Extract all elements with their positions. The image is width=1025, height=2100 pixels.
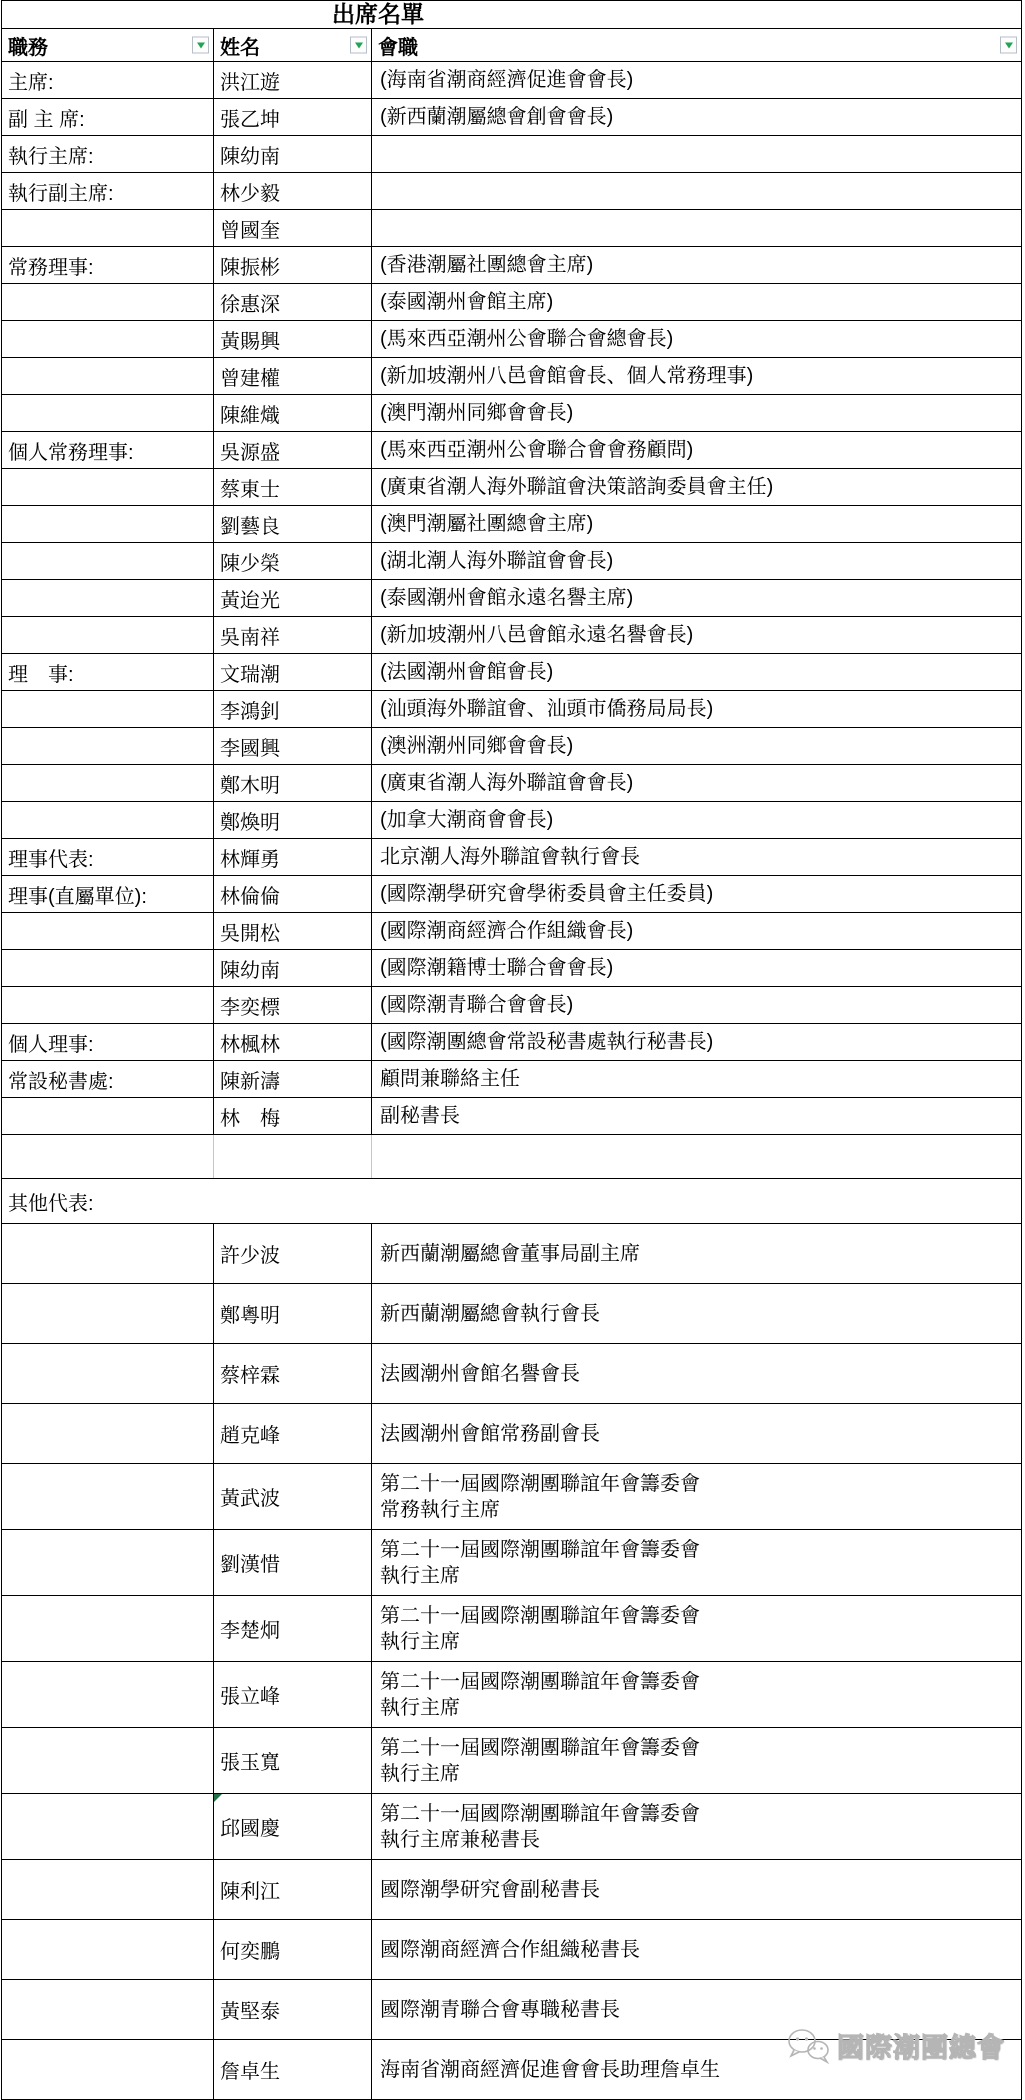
name-cell[interactable]: 鄭煥明	[214, 802, 372, 839]
association-title-cell[interactable]: (新西蘭潮屬總會創會會長)	[372, 99, 1022, 136]
name-cell[interactable]	[214, 1135, 372, 1179]
name-cell[interactable]: 陳幼南	[214, 136, 372, 173]
position-cell[interactable]	[2, 1224, 214, 1284]
position-cell[interactable]	[2, 950, 214, 987]
association-title-cell[interactable]: 第二十一屆國際潮團聯誼年會籌委會 執行主席	[372, 1596, 1022, 1662]
table-row: 陳維熾(澳門潮州同鄉會會長)	[2, 395, 1022, 432]
table-row: 陳少榮(湖北潮人海外聯誼會會長)	[2, 543, 1022, 580]
association-title-cell[interactable]: (國際潮學研究會學術委員會主任委員)	[372, 876, 1022, 913]
table-body: 出席名單 職務 姓名 會職 主席:洪江遊(海南省潮商經濟促進會會長)副 主 席:…	[2, 1, 1022, 2100]
association-title-cell[interactable]: (國際潮團總會常設秘書處執行秘書長)	[372, 1024, 1022, 1061]
table-row: 李鴻釗(汕頭海外聯誼會、汕頭市僑務局局長)	[2, 691, 1022, 728]
position-cell[interactable]	[2, 617, 214, 654]
sheet-title-cell: 出席名單	[2, 1, 1022, 29]
position-cell[interactable]	[2, 1098, 214, 1135]
position-cell[interactable]	[2, 395, 214, 432]
filter-button-role[interactable]	[1000, 37, 1017, 54]
name-cell[interactable]: 吳源盛	[214, 432, 372, 469]
name-cell[interactable]: 鄭粵明	[214, 1284, 372, 1344]
page-title: 出席名單	[332, 1, 424, 27]
table-row: 邱國慶第二十一屆國際潮團聯誼年會籌委會 執行主席兼秘書長	[2, 1794, 1022, 1860]
table-row: 許少波新西蘭潮屬總會董事局副主席	[2, 1224, 1022, 1284]
table-row: 個人理事:林楓林(國際潮團總會常設秘書處執行秘書長)	[2, 1024, 1022, 1061]
table-row: 理 事:文瑞潮(法國潮州會館會長)	[2, 654, 1022, 691]
association-title-cell[interactable]: (香港潮屬社團總會主席)	[372, 247, 1022, 284]
name-cell[interactable]: 詹卓生	[214, 2040, 372, 2100]
association-title-cell[interactable]: (汕頭海外聯誼會、汕頭市僑務局局長)	[372, 691, 1022, 728]
name-cell[interactable]: 洪江遊	[214, 62, 372, 99]
table-row: 理事代表:林輝勇北京潮人海外聯誼會執行會長	[2, 839, 1022, 876]
name-cell[interactable]: 陳少榮	[214, 543, 372, 580]
association-title-cell[interactable]: 法國潮州會館名譽會長	[372, 1344, 1022, 1404]
position-cell[interactable]: 執行副主席:	[2, 173, 214, 210]
name-cell[interactable]: 林 梅	[214, 1098, 372, 1135]
position-cell[interactable]	[2, 2040, 214, 2100]
position-cell[interactable]	[2, 1662, 214, 1728]
position-cell[interactable]	[2, 1284, 214, 1344]
table-row: 執行副主席:林少毅	[2, 173, 1022, 210]
position-cell[interactable]: 常設秘書處:	[2, 1061, 214, 1098]
position-cell[interactable]: 個人常務理事:	[2, 432, 214, 469]
name-cell[interactable]: 陳新濤	[214, 1061, 372, 1098]
table-row: 徐惠深(泰國潮州會館主席)	[2, 284, 1022, 321]
association-title-cell[interactable]: 第二十一屆國際潮團聯誼年會籌委會 執行主席	[372, 1530, 1022, 1596]
position-cell[interactable]: 常務理事:	[2, 247, 214, 284]
association-title-cell[interactable]: (湖北潮人海外聯誼會會長)	[372, 543, 1022, 580]
table-row: 個人常務理事:吳源盛(馬來西亞潮州公會聯合會會務顧問)	[2, 432, 1022, 469]
position-cell[interactable]: 個人理事:	[2, 1024, 214, 1061]
association-title-cell[interactable]: (加拿大潮商會會長)	[372, 802, 1022, 839]
association-title-cell[interactable]: 國際潮學研究會副秘書長	[372, 1860, 1022, 1920]
position-cell[interactable]	[2, 543, 214, 580]
name-cell[interactable]: 張乙坤	[214, 99, 372, 136]
position-cell[interactable]	[2, 1596, 214, 1662]
association-title-cell[interactable]: (泰國潮州會館永遠名譽主席)	[372, 580, 1022, 617]
position-cell[interactable]	[2, 1920, 214, 1980]
column-header-name[interactable]: 姓名	[214, 29, 372, 62]
name-cell[interactable]: 陳維熾	[214, 395, 372, 432]
filter-button-name[interactable]	[350, 37, 367, 54]
position-cell[interactable]	[2, 1530, 214, 1596]
position-cell[interactable]: 理事代表:	[2, 839, 214, 876]
table-row: 黃賜興(馬來西亞潮州公會聯合會總會長)	[2, 321, 1022, 358]
name-cell[interactable]: 林楓林	[214, 1024, 372, 1061]
name-cell[interactable]: 李楚炯	[214, 1596, 372, 1662]
position-cell[interactable]	[2, 284, 214, 321]
column-header-name-label: 姓名	[220, 37, 260, 59]
table-row: 曾建權(新加坡潮州八邑會館會長、個人常務理事)	[2, 358, 1022, 395]
table-row: 張玉寬第二十一屆國際潮團聯誼年會籌委會 執行主席	[2, 1728, 1022, 1794]
table-row: 黃武波第二十一屆國際潮團聯誼年會籌委會 常務執行主席	[2, 1464, 1022, 1530]
table-row: 陳幼南(國際潮籍博士聯合會會長)	[2, 950, 1022, 987]
association-title-cell[interactable]: (澳洲潮州同鄉會會長)	[372, 728, 1022, 765]
name-cell[interactable]: 林少毅	[214, 173, 372, 210]
position-cell[interactable]	[2, 358, 214, 395]
name-cell[interactable]: 陳利江	[214, 1860, 372, 1920]
name-cell[interactable]: 鄭木明	[214, 765, 372, 802]
association-title-cell[interactable]	[372, 210, 1022, 247]
name-cell[interactable]: 陳振彬	[214, 247, 372, 284]
association-title-cell[interactable]: 國際潮青聯合會專職秘書長	[372, 1980, 1022, 2040]
association-title-cell[interactable]: (澳門潮州同鄉會會長)	[372, 395, 1022, 432]
position-cell[interactable]	[2, 987, 214, 1024]
table-row: 黃堅泰國際潮青聯合會專職秘書長	[2, 1980, 1022, 2040]
association-title-cell[interactable]: (新加坡潮州八邑會館永遠名譽會長)	[372, 617, 1022, 654]
association-title-cell[interactable]: (馬來西亞潮州公會聯合會總會長)	[372, 321, 1022, 358]
name-cell[interactable]: 許少波	[214, 1224, 372, 1284]
table-row: 劉漢惜第二十一屆國際潮團聯誼年會籌委會 執行主席	[2, 1530, 1022, 1596]
header-row: 職務 姓名 會職	[2, 29, 1022, 62]
name-cell[interactable]: 吳南祥	[214, 617, 372, 654]
chevron-down-icon	[355, 42, 363, 48]
association-title-cell[interactable]: (澳門潮屬社團總會主席)	[372, 506, 1022, 543]
position-cell[interactable]	[2, 728, 214, 765]
association-title-cell[interactable]: (國際潮商經濟合作組織會長)	[372, 913, 1022, 950]
table-row: 張立峰第二十一屆國際潮團聯誼年會籌委會 執行主席	[2, 1662, 1022, 1728]
name-cell[interactable]: 李國興	[214, 728, 372, 765]
position-cell[interactable]: 理 事:	[2, 654, 214, 691]
table-row: 何奕鵬國際潮商經濟合作組織秘書長	[2, 1920, 1022, 1980]
table-row: 吳開松(國際潮商經濟合作組織會長)	[2, 913, 1022, 950]
association-title-cell[interactable]: 第二十一屆國際潮團聯誼年會籌委會 常務執行主席	[372, 1464, 1022, 1530]
column-header-role[interactable]: 會職	[372, 29, 1022, 62]
position-cell[interactable]	[2, 506, 214, 543]
table-row: 陳利江國際潮學研究會副秘書長	[2, 1860, 1022, 1920]
name-cell[interactable]: 蔡梓霖	[214, 1344, 372, 1404]
association-title-cell[interactable]	[372, 1135, 1022, 1179]
name-cell[interactable]: 李奕標	[214, 987, 372, 1024]
association-title-cell[interactable]	[372, 136, 1022, 173]
name-cell[interactable]: 劉漢惜	[214, 1530, 372, 1596]
association-title-cell[interactable]: (廣東省潮人海外聯誼會會長)	[372, 765, 1022, 802]
position-cell[interactable]	[2, 1404, 214, 1464]
name-cell[interactable]: 張玉寬	[214, 1728, 372, 1794]
column-header-position[interactable]: 職務	[2, 29, 214, 62]
position-cell[interactable]	[2, 1860, 214, 1920]
association-title-cell[interactable]: 副秘書長	[372, 1098, 1022, 1135]
name-cell[interactable]: 黃迨光	[214, 580, 372, 617]
table-row: 劉藝良(澳門潮屬社團總會主席)	[2, 506, 1022, 543]
table-row: 李奕標(國際潮青聯合會會長)	[2, 987, 1022, 1024]
table-row: 常設秘書處:陳新濤顧問兼聯絡主任	[2, 1061, 1022, 1098]
name-cell[interactable]: 張立峰	[214, 1662, 372, 1728]
name-cell[interactable]: 黃武波	[214, 1464, 372, 1530]
filter-button-position[interactable]	[192, 37, 209, 54]
name-cell[interactable]: 吳開松	[214, 913, 372, 950]
position-cell[interactable]	[2, 1794, 214, 1860]
name-cell[interactable]: 邱國慶	[214, 1794, 372, 1860]
table-row: 曾國奎	[2, 210, 1022, 247]
table-row: 吳南祥(新加坡潮州八邑會館永遠名譽會長)	[2, 617, 1022, 654]
table-row: 常務理事:陳振彬(香港潮屬社團總會主席)	[2, 247, 1022, 284]
association-title-cell[interactable]: (法國潮州會館會長)	[372, 654, 1022, 691]
position-cell[interactable]: 執行主席:	[2, 136, 214, 173]
table-row: 蔡東士(廣東省潮人海外聯誼會決策諮詢委員會主任)	[2, 469, 1022, 506]
blank-row	[2, 1135, 1022, 1179]
table-row: 鄭粵明新西蘭潮屬總會執行會長	[2, 1284, 1022, 1344]
position-cell[interactable]	[2, 913, 214, 950]
name-cell[interactable]: 蔡東士	[214, 469, 372, 506]
position-cell[interactable]	[2, 210, 214, 247]
table-row: 李楚炯第二十一屆國際潮團聯誼年會籌委會 執行主席	[2, 1596, 1022, 1662]
position-cell[interactable]	[2, 580, 214, 617]
position-cell[interactable]	[2, 765, 214, 802]
association-title-cell[interactable]: 法國潮州會館常務副會長	[372, 1404, 1022, 1464]
association-title-cell[interactable]: (馬來西亞潮州公會聯合會會務顧問)	[372, 432, 1022, 469]
name-cell[interactable]: 曾國奎	[214, 210, 372, 247]
attendance-table: 出席名單 職務 姓名 會職 主席:洪江遊(海南省潮商經濟促進會會長)副 主 席:…	[1, 0, 1022, 2100]
table-row: 鄭煥明(加拿大潮商會會長)	[2, 802, 1022, 839]
table-row: 理事(直屬單位):林倫倫(國際潮學研究會學術委員會主任委員)	[2, 876, 1022, 913]
column-header-position-label: 職務	[8, 37, 48, 59]
position-cell[interactable]	[2, 321, 214, 358]
section-divider-row: 其他代表:	[2, 1179, 1022, 1224]
chevron-down-icon	[1005, 42, 1013, 48]
association-title-cell[interactable]: 第二十一屆國際潮團聯誼年會籌委會 執行主席兼秘書長	[372, 1794, 1022, 1860]
position-cell[interactable]: 副 主 席:	[2, 99, 214, 136]
position-cell[interactable]	[2, 1728, 214, 1794]
position-cell[interactable]: 理事(直屬單位):	[2, 876, 214, 913]
association-title-cell[interactable]	[372, 173, 1022, 210]
table-row: 詹卓生海南省潮商經濟促進會會長助理詹卓生	[2, 2040, 1022, 2100]
name-cell[interactable]: 文瑞潮	[214, 654, 372, 691]
position-cell[interactable]	[2, 1464, 214, 1530]
table-row: 鄭木明(廣東省潮人海外聯誼會會長)	[2, 765, 1022, 802]
position-cell[interactable]: 主席:	[2, 62, 214, 99]
table-row: 蔡梓霖法國潮州會館名譽會長	[2, 1344, 1022, 1404]
position-cell[interactable]	[2, 802, 214, 839]
position-cell[interactable]	[2, 469, 214, 506]
position-cell[interactable]	[2, 1980, 214, 2040]
name-cell[interactable]: 陳幼南	[214, 950, 372, 987]
association-title-cell[interactable]: (新加坡潮州八邑會館會長、個人常務理事)	[372, 358, 1022, 395]
association-title-cell[interactable]: 國際潮商經濟合作組織秘書長	[372, 1920, 1022, 1980]
name-cell[interactable]: 趙克峰	[214, 1404, 372, 1464]
table-row: 李國興(澳洲潮州同鄉會會長)	[2, 728, 1022, 765]
association-title-cell[interactable]: (國際潮青聯合會會長)	[372, 987, 1022, 1024]
cell-note-marker-icon	[214, 1794, 222, 1802]
table-row: 黃迨光(泰國潮州會館永遠名譽主席)	[2, 580, 1022, 617]
name-cell[interactable]: 徐惠深	[214, 284, 372, 321]
position-cell[interactable]	[2, 691, 214, 728]
name-cell[interactable]: 李鴻釗	[214, 691, 372, 728]
position-cell[interactable]	[2, 1344, 214, 1404]
association-title-cell[interactable]: 第二十一屆國際潮團聯誼年會籌委會 執行主席	[372, 1728, 1022, 1794]
position-cell[interactable]	[2, 1135, 214, 1179]
table-row: 趙克峰法國潮州會館常務副會長	[2, 1404, 1022, 1464]
association-title-cell[interactable]: 北京潮人海外聯誼會執行會長	[372, 839, 1022, 876]
association-title-cell[interactable]: (國際潮籍博士聯合會會長)	[372, 950, 1022, 987]
name-cell[interactable]: 劉藝良	[214, 506, 372, 543]
title-row: 出席名單	[2, 1, 1022, 29]
table-row: 林 梅副秘書長	[2, 1098, 1022, 1135]
column-header-role-label: 會職	[378, 37, 418, 59]
table-row: 主席:洪江遊(海南省潮商經濟促進會會長)	[2, 62, 1022, 99]
association-title-cell[interactable]: 第二十一屆國際潮團聯誼年會籌委會 執行主席	[372, 1662, 1022, 1728]
association-title-cell[interactable]: (泰國潮州會館主席)	[372, 284, 1022, 321]
section-divider-cell[interactable]: 其他代表:	[2, 1179, 1022, 1224]
association-title-cell[interactable]: 顧問兼聯絡主任	[372, 1061, 1022, 1098]
association-title-cell[interactable]: (廣東省潮人海外聯誼會決策諮詢委員會主任)	[372, 469, 1022, 506]
chevron-down-icon	[197, 42, 205, 48]
name-cell[interactable]: 何奕鵬	[214, 1920, 372, 1980]
name-cell[interactable]: 林倫倫	[214, 876, 372, 913]
name-cell[interactable]: 林輝勇	[214, 839, 372, 876]
association-title-cell[interactable]: (海南省潮商經濟促進會會長)	[372, 62, 1022, 99]
name-cell[interactable]: 曾建權	[214, 358, 372, 395]
name-cell[interactable]: 黃堅泰	[214, 1980, 372, 2040]
table-row: 副 主 席:張乙坤(新西蘭潮屬總會創會會長)	[2, 99, 1022, 136]
table-row: 執行主席:陳幼南	[2, 136, 1022, 173]
association-title-cell[interactable]: 新西蘭潮屬總會執行會長	[372, 1284, 1022, 1344]
association-title-cell[interactable]: 新西蘭潮屬總會董事局副主席	[372, 1224, 1022, 1284]
association-title-cell[interactable]: 海南省潮商經濟促進會會長助理詹卓生	[372, 2040, 1022, 2100]
name-cell[interactable]: 黃賜興	[214, 321, 372, 358]
